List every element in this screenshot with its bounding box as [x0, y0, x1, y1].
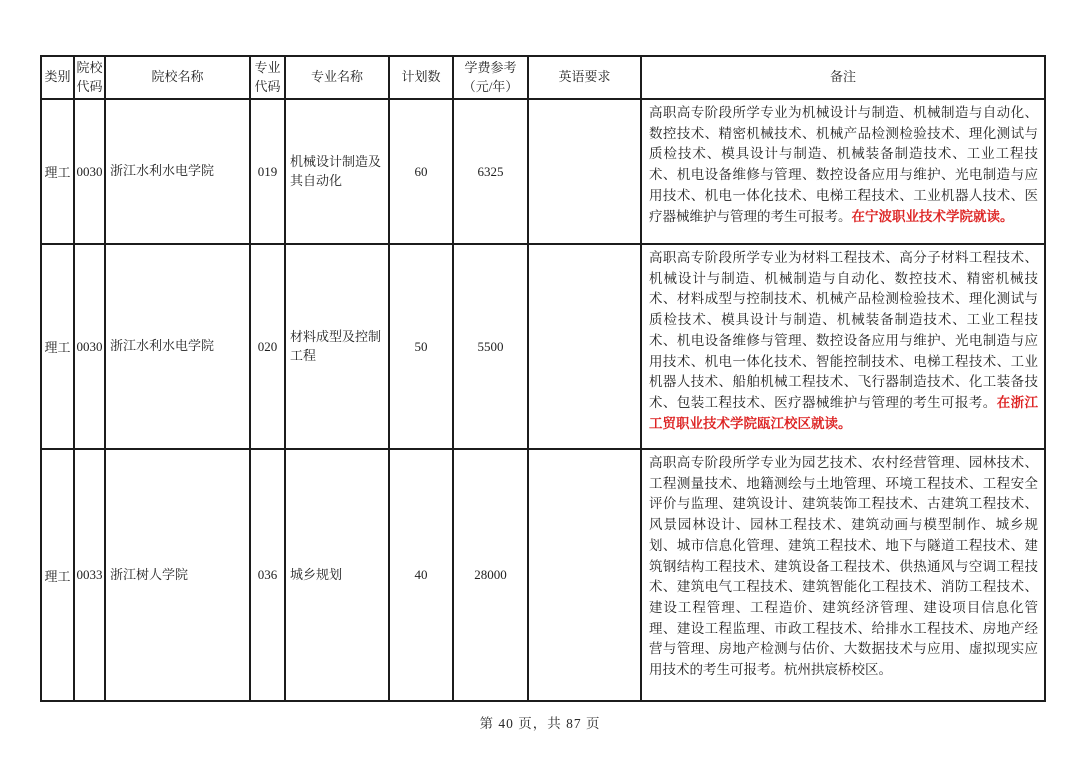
table-row: 理工 0033 浙江树人学院 036 城乡规划 40 28000 高职高专阶段所…	[41, 449, 1045, 701]
col-header-school-code: 院校代码	[74, 56, 105, 99]
cell-major-name: 城乡规划	[285, 449, 389, 701]
cell-english-req	[528, 449, 641, 701]
cell-tuition: 28000	[453, 449, 528, 701]
cell-category: 理工	[41, 244, 74, 449]
cell-remark: 高职高专阶段所学专业为机械设计与制造、机械制造与自动化、数控技术、精密机械技术、…	[641, 99, 1045, 244]
col-header-category: 类别	[41, 56, 74, 99]
col-header-english-req: 英语要求	[528, 56, 641, 99]
cell-plan-count: 60	[389, 99, 453, 244]
col-header-tuition-line2: （元/年）	[455, 78, 526, 96]
remark-highlight-text: 在宁波职业技术学院就读。	[852, 209, 1014, 224]
cell-major-code: 036	[250, 449, 285, 701]
col-header-tuition-line1: 学费参考	[455, 59, 526, 77]
col-header-major-code: 专业代码	[250, 56, 285, 99]
table-row: 理工 0030 浙江水利水电学院 019 机械设计制造及其自动化 60 6325…	[41, 99, 1045, 244]
col-header-remark: 备注	[641, 56, 1045, 99]
page-number: 第 40 页，共 87 页	[0, 712, 1080, 732]
document-page: 类别 院校代码 院校名称 专业代码 专业名称 计划数 学费参考 （元/年） 英语…	[0, 0, 1080, 764]
admissions-plan-table: 类别 院校代码 院校名称 专业代码 专业名称 计划数 学费参考 （元/年） 英语…	[40, 55, 1046, 702]
col-header-major-name: 专业名称	[285, 56, 389, 99]
cell-school-code: 0033	[74, 449, 105, 701]
cell-english-req	[528, 99, 641, 244]
cell-plan-count: 40	[389, 449, 453, 701]
cell-school-name: 浙江树人学院	[105, 449, 250, 701]
remark-text: 高职高专阶段所学专业为机械设计与制造、机械制造与自动化、数控技术、精密机械技术、…	[649, 105, 1038, 224]
cell-tuition: 5500	[453, 244, 528, 449]
table-header-row: 类别 院校代码 院校名称 专业代码 专业名称 计划数 学费参考 （元/年） 英语…	[41, 56, 1045, 99]
cell-school-name: 浙江水利水电学院	[105, 99, 250, 244]
cell-major-name: 材料成型及控制工程	[285, 244, 389, 449]
cell-remark: 高职高专阶段所学专业为材料工程技术、高分子材料工程技术、机械设计与制造、机械制造…	[641, 244, 1045, 449]
cell-english-req	[528, 244, 641, 449]
cell-tuition: 6325	[453, 99, 528, 244]
cell-plan-count: 50	[389, 244, 453, 449]
col-header-plan-count: 计划数	[389, 56, 453, 99]
col-header-tuition: 学费参考 （元/年）	[453, 56, 528, 99]
cell-major-name: 机械设计制造及其自动化	[285, 99, 389, 244]
remark-text: 高职高专阶段所学专业为材料工程技术、高分子材料工程技术、机械设计与制造、机械制造…	[649, 250, 1038, 410]
cell-major-code: 019	[250, 99, 285, 244]
table-row: 理工 0030 浙江水利水电学院 020 材料成型及控制工程 50 5500 高…	[41, 244, 1045, 449]
cell-category: 理工	[41, 99, 74, 244]
col-header-school-name: 院校名称	[105, 56, 250, 99]
remark-text: 高职高专阶段所学专业为园艺技术、农村经营管理、园林技术、工程测量技术、地籍测绘与…	[649, 455, 1038, 677]
cell-remark: 高职高专阶段所学专业为园艺技术、农村经营管理、园林技术、工程测量技术、地籍测绘与…	[641, 449, 1045, 701]
cell-major-code: 020	[250, 244, 285, 449]
cell-school-name: 浙江水利水电学院	[105, 244, 250, 449]
cell-category: 理工	[41, 449, 74, 701]
cell-school-code: 0030	[74, 99, 105, 244]
cell-school-code: 0030	[74, 244, 105, 449]
